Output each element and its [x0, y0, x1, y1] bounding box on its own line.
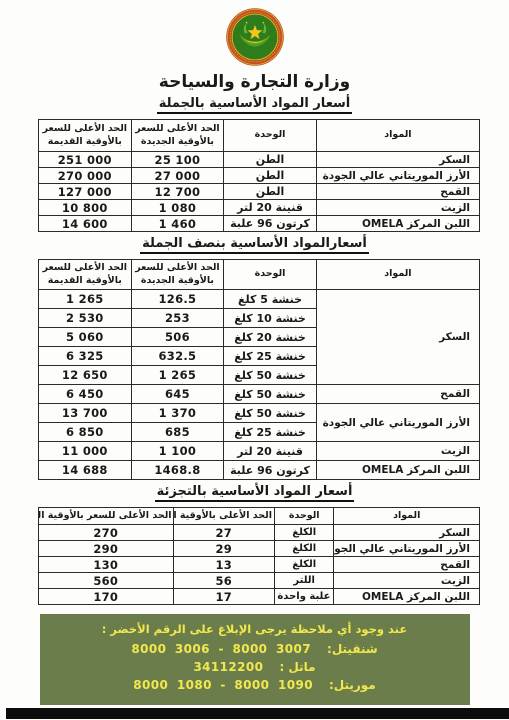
price-old-cell: 290 — [39, 541, 174, 557]
material-cell: السكر — [334, 525, 480, 541]
unit-cell: خنشة 50 كلغ — [224, 366, 317, 385]
price-old-cell: 130 — [39, 557, 174, 573]
hotline-numbers: 8000 3006 - 8000 3007 — [131, 642, 311, 656]
table-row: القمحالكلغ13130 — [39, 557, 480, 573]
material-cell: اللبن المركز OMELA — [334, 589, 480, 605]
price-new-cell: 1 370 — [131, 404, 224, 423]
col-header-material: المواد — [316, 120, 479, 152]
col-header-old-price: الحد الأعلى للسعر بالأوقية القديمة — [39, 508, 174, 525]
unit-cell: خنشة 25 كلغ — [224, 347, 317, 366]
unit-cell: خنشة 50 كلغ — [224, 404, 317, 423]
hotline-chinguitel: شنقيتل: 8000 3006 - 8000 3007 — [48, 642, 462, 656]
material-cell: القمح — [316, 385, 479, 404]
section-title-wholesale: أسعار المواد الأساسية بالجملة — [157, 96, 353, 114]
scan-edge-bar — [6, 708, 509, 719]
hotline-numbers: 8000 1080 - 8000 1090 — [133, 678, 313, 692]
hotline-label: شنقيتل: — [327, 642, 378, 656]
hotline-mauritel: موريتل: 8000 1080 - 8000 1090 — [48, 678, 462, 692]
price-new-cell: 1 080 — [131, 200, 224, 216]
material-cell: القمح — [334, 557, 480, 573]
price-old-cell: 560 — [39, 573, 174, 589]
unit-cell: خنشة 20 كلغ — [224, 328, 317, 347]
col-header-material: المواد — [316, 260, 479, 290]
price-old-cell: 12 650 — [39, 366, 132, 385]
price-new-cell: 645 — [131, 385, 224, 404]
table-row: اللبن المركز OMELAعلبة واحدة (بطة)17170 — [39, 589, 480, 605]
table-row: الأرز الموريتاني عالي الجودةخنشة 50 كلغ1… — [39, 404, 480, 423]
price-old-cell: 270 000 — [39, 168, 132, 184]
semi-wholesale-price-table: المواد الوحدة الحد الأعلى للسعر بالأوقية… — [38, 259, 480, 480]
price-old-cell: 6 325 — [39, 347, 132, 366]
price-new-cell: 685 — [131, 423, 224, 442]
ministry-title: وزارة التجارة والسياحة — [0, 72, 509, 92]
unit-cell: الكلغ — [274, 525, 334, 541]
table-row: الزيتاللتر56560 — [39, 573, 480, 589]
unit-cell: خنشة 10 كلغ — [224, 309, 317, 328]
price-new-cell: 12 700 — [131, 184, 224, 200]
material-cell: الزيت — [316, 442, 479, 461]
unit-cell: قنينة 20 لتر — [224, 442, 317, 461]
table-row: السكرالطن25 100251 000 — [39, 152, 480, 168]
unit-cell: الطن — [224, 168, 317, 184]
unit-cell: كرتون 96 علبة — [224, 461, 317, 480]
material-cell: الأرز الموريتاني عالي الجودة — [316, 404, 479, 442]
unit-cell: الكلغ — [274, 557, 334, 573]
unit-cell: خنشة 50 كلغ — [224, 385, 317, 404]
price-old-cell: 1 265 — [39, 290, 132, 309]
table-row: الزيتقنينة 20 لتر1 10011 000 — [39, 442, 480, 461]
table-row: الزيتقنينة 20 لتر1 08010 800 — [39, 200, 480, 216]
col-header-new-price: الحد الأعلى للسعر بالأوقية الجديدة — [131, 120, 224, 152]
price-old-cell: 251 000 — [39, 152, 132, 168]
price-old-cell: 6 450 — [39, 385, 132, 404]
col-header-unit: الوحدة — [224, 120, 317, 152]
material-cell: الأرز الموريتاني عالي الجودة — [316, 168, 479, 184]
table-row: القمحالطن12 700127 000 — [39, 184, 480, 200]
unit-cell: قنينة 20 لتر — [224, 200, 317, 216]
hotline-footer-box: عند وجود أي ملاحظة يرجى الإبلاغ على الرق… — [40, 614, 470, 705]
section-semi-wholesale: أسعارالمواد الأساسية بنصف الجملة — [0, 232, 509, 259]
table-row: السكرالكلغ27270 — [39, 525, 480, 541]
price-old-cell: 14 688 — [39, 461, 132, 480]
section-wholesale: أسعار المواد الأساسية بالجملة — [0, 92, 509, 119]
price-old-cell: 270 — [39, 525, 174, 541]
price-new-cell: 1468.8 — [131, 461, 224, 480]
unit-cell: كرتون 96 علبة — [224, 216, 317, 232]
unit-cell: الكلغ — [274, 541, 334, 557]
hotline-numbers: 34112200 — [193, 660, 263, 674]
price-old-cell: 11 000 — [39, 442, 132, 461]
price-new-cell: 13 — [173, 557, 274, 573]
material-cell: اللبن المركز OMELA — [316, 216, 479, 232]
table-header-row: المواد الوحدة الحد الأعلى بالأوقية الجدي… — [39, 508, 480, 525]
col-header-new-price: الحد الأعلى للسعر بالأوقية الجديدة — [131, 260, 224, 290]
price-old-cell: 10 800 — [39, 200, 132, 216]
price-new-cell: 253 — [131, 309, 224, 328]
table-row: السكرخنشة 5 كلغ126.51 265 — [39, 290, 480, 309]
unit-cell: الطن — [224, 184, 317, 200]
document-header: وزارة التجارة والسياحة — [0, 0, 509, 92]
hotline-notice: عند وجود أي ملاحظة يرجى الإبلاغ على الرق… — [48, 622, 462, 636]
material-cell: الزيت — [316, 200, 479, 216]
material-cell: السكر — [316, 290, 479, 385]
table-row: الأرز الموريتاني عالي الجودةالطن27 00027… — [39, 168, 480, 184]
table-row: القمحخنشة 50 كلغ6456 450 — [39, 385, 480, 404]
price-new-cell: 632.5 — [131, 347, 224, 366]
retail-price-table: المواد الوحدة الحد الأعلى بالأوقية الجدي… — [38, 507, 480, 605]
unit-cell: خنشة 25 كلغ — [224, 423, 317, 442]
unit-cell: خنشة 5 كلغ — [224, 290, 317, 309]
col-header-old-price: الحد الأعلى للسعر بالأوقية القديمة — [39, 120, 132, 152]
section-title-retail: أسعار المواد الأساسية بالتجزئة — [155, 484, 355, 502]
price-new-cell: 1 100 — [131, 442, 224, 461]
material-cell: الأرز الموريتاني عالي الجودة — [334, 541, 480, 557]
mauritania-seal-icon — [225, 7, 285, 67]
price-old-cell: 5 060 — [39, 328, 132, 347]
unit-cell: اللتر — [274, 573, 334, 589]
price-old-cell: 6 850 — [39, 423, 132, 442]
table-header-row: المواد الوحدة الحد الأعلى للسعر بالأوقية… — [39, 120, 480, 152]
price-new-cell: 25 100 — [131, 152, 224, 168]
col-header-unit: الوحدة — [224, 260, 317, 290]
hotline-label: ماتل : — [279, 660, 315, 674]
hotline-mattel: ماتل : 34112200 — [48, 660, 462, 674]
price-new-cell: 506 — [131, 328, 224, 347]
price-new-cell: 29 — [173, 541, 274, 557]
price-new-cell: 56 — [173, 573, 274, 589]
col-header-new-price: الحد الأعلى بالأوقية الجديدة — [173, 508, 274, 525]
section-title-semi-wholesale: أسعارالمواد الأساسية بنصف الجملة — [140, 236, 369, 254]
material-cell: الزيت — [334, 573, 480, 589]
table-row: اللبن المركز OMELAكرتون 96 علبة1468.814 … — [39, 461, 480, 480]
table-header-row: المواد الوحدة الحد الأعلى للسعر بالأوقية… — [39, 260, 480, 290]
price-notice-document: وزارة التجارة والسياحة أسعار المواد الأس… — [0, 0, 509, 720]
col-header-unit: الوحدة — [274, 508, 334, 525]
col-header-old-price: الحد الأعلى للسعر بالأوقية القديمة — [39, 260, 132, 290]
price-new-cell: 1 265 — [131, 366, 224, 385]
price-old-cell: 2 530 — [39, 309, 132, 328]
unit-cell: الطن — [224, 152, 317, 168]
material-cell: القمح — [316, 184, 479, 200]
price-old-cell: 14 600 — [39, 216, 132, 232]
material-cell: اللبن المركز OMELA — [316, 461, 479, 480]
hotline-label: موريتل: — [329, 678, 376, 692]
unit-cell: علبة واحدة (بطة) — [274, 589, 334, 605]
price-new-cell: 17 — [173, 589, 274, 605]
col-header-material: المواد — [334, 508, 480, 525]
table-row: اللبن المركز OMELAكرتون 96 علبة1 46014 6… — [39, 216, 480, 232]
price-new-cell: 27 000 — [131, 168, 224, 184]
material-cell: السكر — [316, 152, 479, 168]
price-new-cell: 27 — [173, 525, 274, 541]
price-old-cell: 13 700 — [39, 404, 132, 423]
price-old-cell: 127 000 — [39, 184, 132, 200]
price-old-cell: 170 — [39, 589, 174, 605]
section-retail: أسعار المواد الأساسية بالتجزئة — [0, 480, 509, 507]
price-new-cell: 126.5 — [131, 290, 224, 309]
wholesale-price-table: المواد الوحدة الحد الأعلى للسعر بالأوقية… — [38, 119, 480, 232]
price-new-cell: 1 460 — [131, 216, 224, 232]
table-row: الأرز الموريتاني عالي الجودةالكلغ29290 — [39, 541, 480, 557]
